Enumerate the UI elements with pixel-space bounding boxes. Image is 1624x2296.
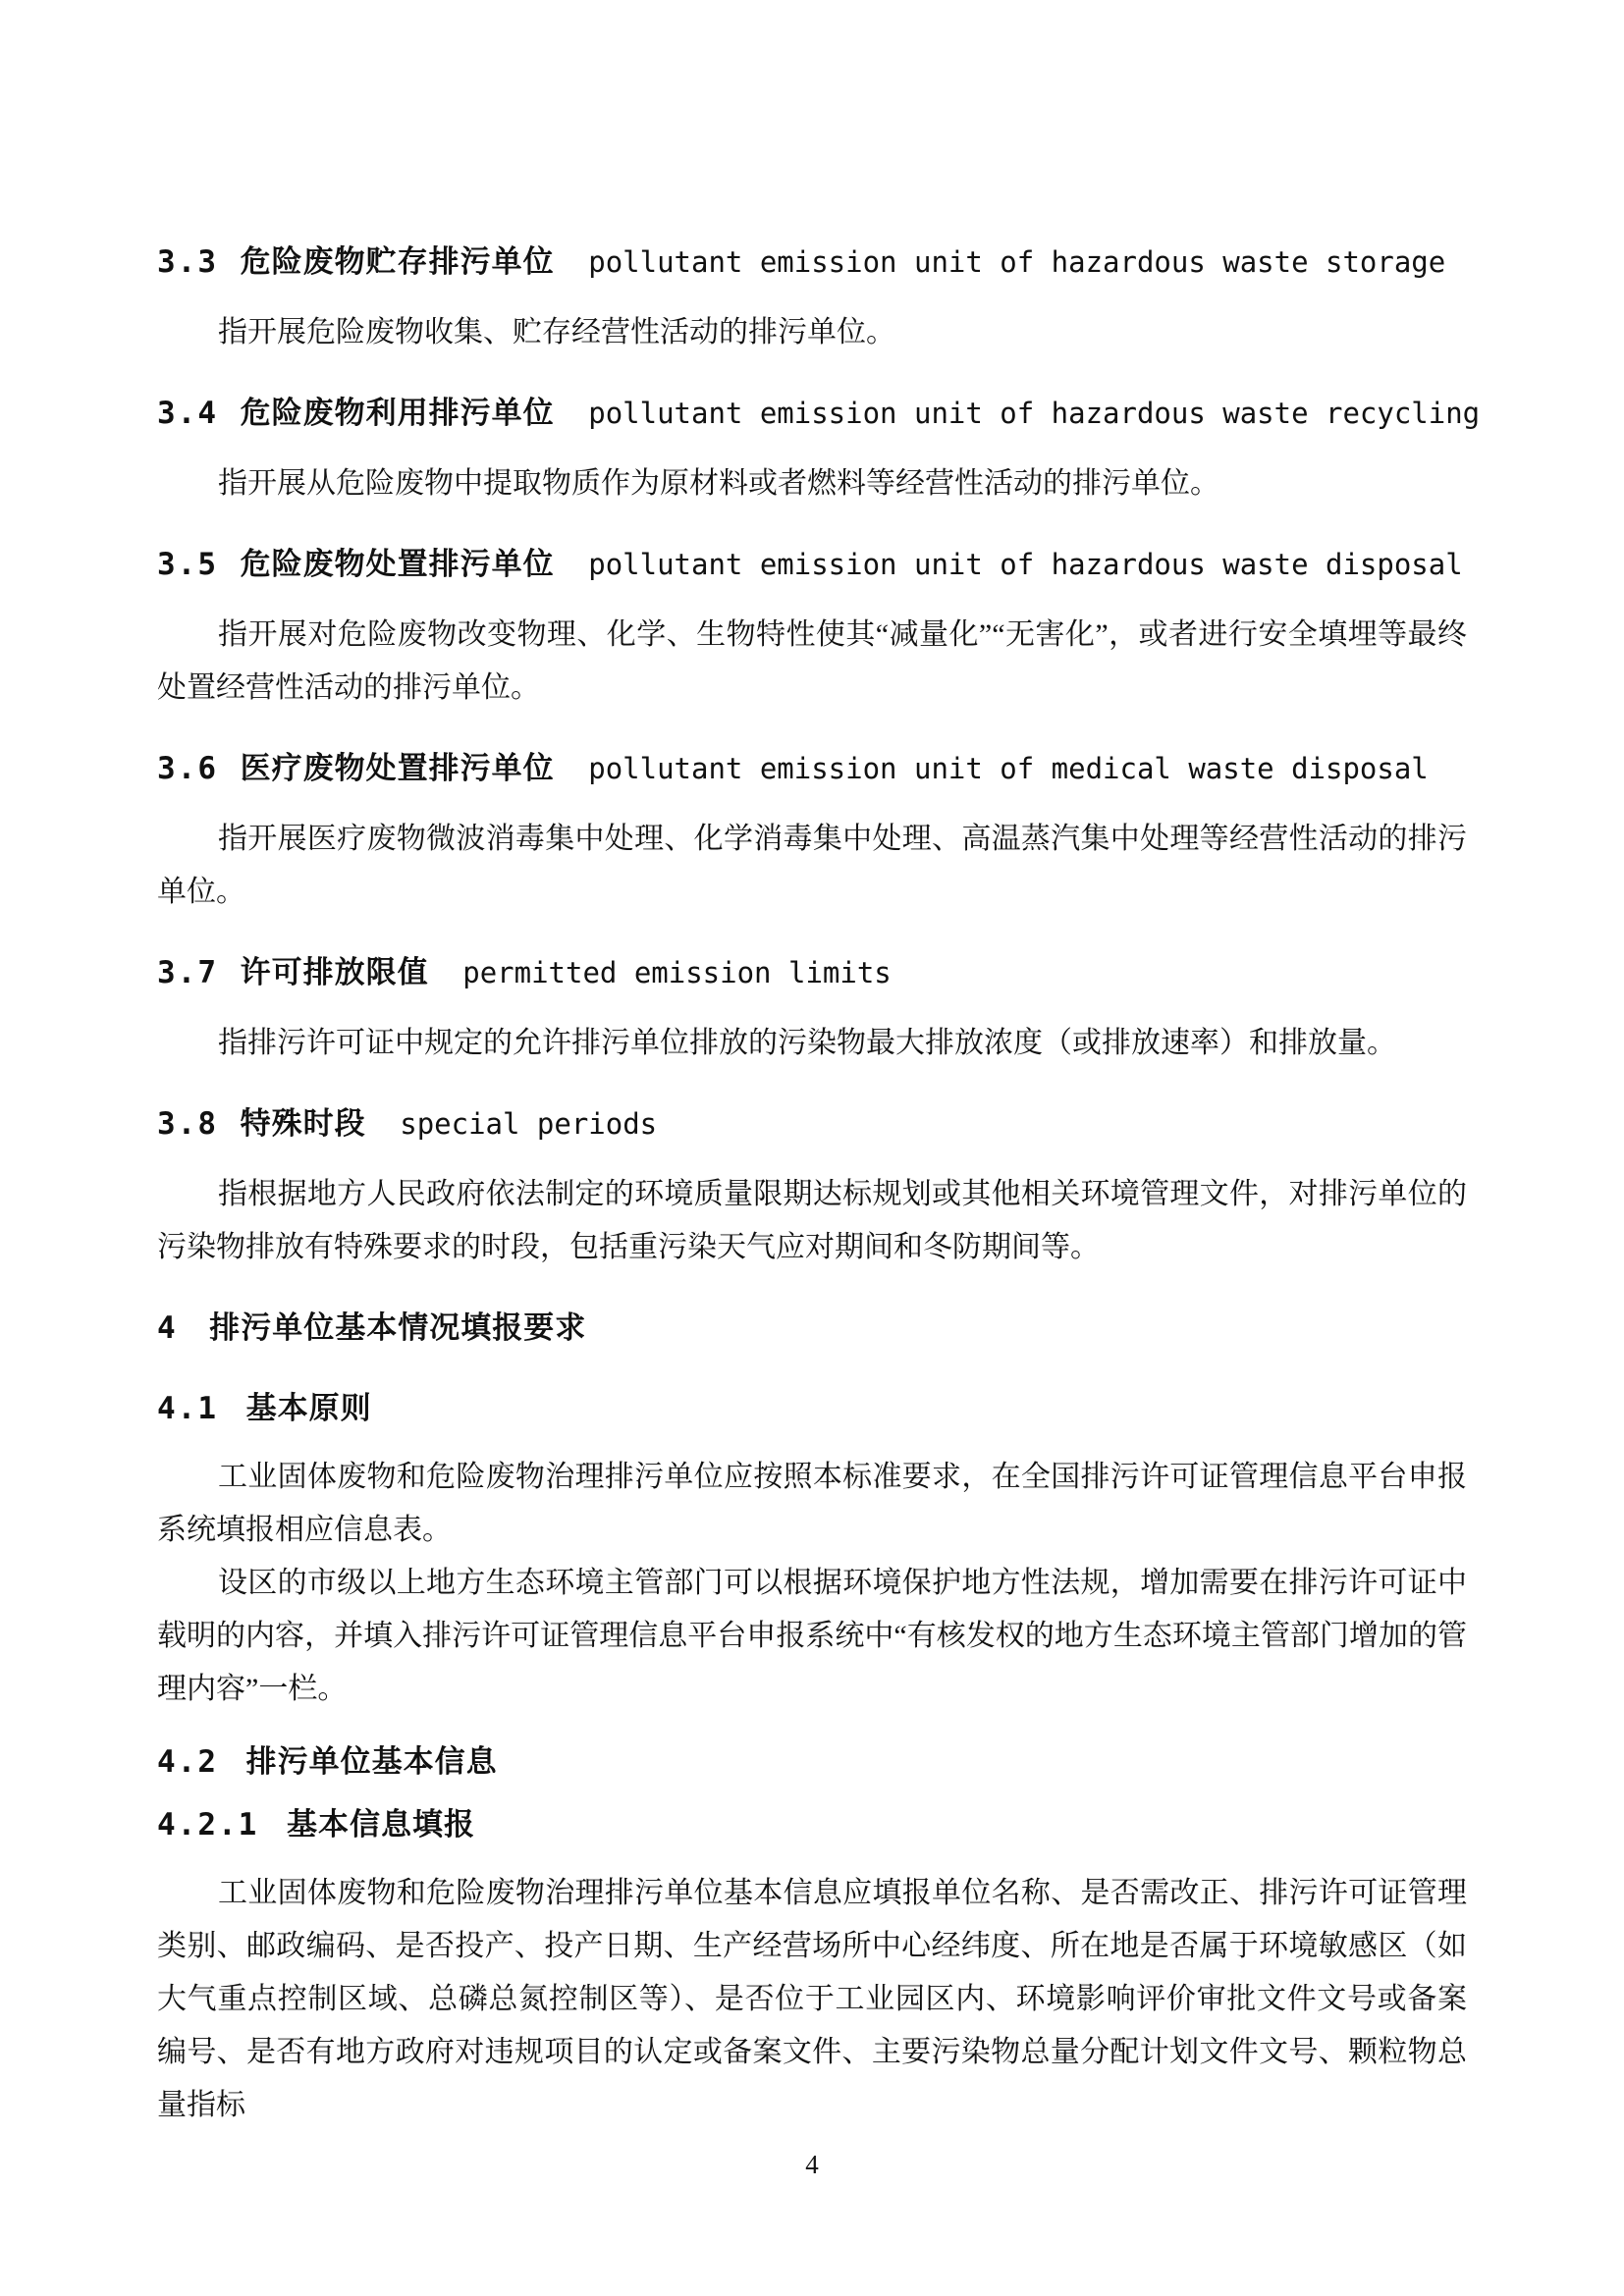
term-number: 3.5: [157, 547, 218, 582]
term-heading-3-3: 3.3 危险废物贮存排污单位 pollutant emission unit o…: [157, 241, 1467, 283]
term-chinese: 危险废物处置排污单位: [241, 547, 555, 581]
paragraph-4-1-a: 工业固体废物和危险废物治理排污单位应按照本标准要求，在全国排污许可证管理信息平台…: [157, 1451, 1467, 1557]
page-content: 3.3 危险废物贮存排污单位 pollutant emission unit o…: [157, 241, 1467, 2132]
term-english: pollutant emission unit of hazardous was…: [588, 548, 1462, 581]
term-definition-3-6: 指开展医疗废物微波消毒集中处理、化学消毒集中处理、高温蒸汽集中处理等经营性活动的…: [157, 813, 1467, 919]
term-definition-3-5: 指开展对危险废物改变物理、化学、生物特性使其“减量化”“无害化”，或者进行安全填…: [157, 609, 1467, 715]
paragraph-4-2-1: 工业固体废物和危险废物治理排污单位基本信息应填报单位名称、是否需改正、排污许可证…: [157, 1867, 1467, 2132]
term-english: pollutant emission unit of hazardous was…: [588, 397, 1480, 430]
term-english: permitted emission limits: [462, 956, 892, 989]
paragraph-4-1-b: 设区的市级以上地方生态环境主管部门可以根据环境保护地方性法规，增加需要在排污许可…: [157, 1557, 1467, 1716]
term-chinese: 危险废物贮存排污单位: [241, 244, 555, 279]
subsection-number: 4.2.1: [157, 1807, 258, 1842]
section-number: 4.2: [157, 1744, 218, 1780]
section-title: 基本原则: [246, 1391, 372, 1425]
term-number: 3.4: [157, 396, 218, 431]
section-heading-4-2: 4.2 排污单位基本信息: [157, 1741, 1467, 1783]
term-chinese: 医疗废物处置排污单位: [241, 751, 555, 785]
document-page: 3.3 危险废物贮存排污单位 pollutant emission unit o…: [0, 0, 1624, 2296]
subsection-title: 基本信息填报: [287, 1807, 475, 1842]
term-definition-3-8: 指根据地方人民政府依法制定的环境质量限期达标规划或其他相关环境管理文件，对排污单…: [157, 1168, 1467, 1274]
section-title: 排污单位基本信息: [246, 1744, 498, 1779]
term-definition-3-4: 指开展从危险废物中提取物质作为原材料或者燃料等经营性活动的排污单位。: [157, 457, 1467, 510]
term-heading-3-4: 3.4 危险废物利用排污单位 pollutant emission unit o…: [157, 393, 1467, 434]
term-number: 3.6: [157, 751, 218, 786]
term-number: 3.7: [157, 955, 218, 990]
term-english: pollutant emission unit of medical waste…: [588, 752, 1429, 785]
term-english: special periods: [400, 1107, 657, 1141]
section-number: 4.1: [157, 1391, 218, 1426]
term-definition-3-7: 指排污许可证中规定的允许排污单位排放的污染物最大排放浓度（或排放速率）和排放量。: [157, 1017, 1467, 1070]
section-heading-4-1: 4.1 基本原则: [157, 1388, 1467, 1429]
term-chinese: 危险废物利用排污单位: [241, 396, 555, 430]
term-english: pollutant emission unit of hazardous was…: [588, 245, 1445, 279]
chapter-heading-4: 4 排污单位基本情况填报要求: [157, 1308, 1467, 1349]
term-heading-3-6: 3.6 医疗废物处置排污单位 pollutant emission unit o…: [157, 748, 1467, 789]
term-heading-3-7: 3.7 许可排放限值 permitted emission limits: [157, 952, 1467, 993]
term-heading-3-8: 3.8 特殊时段 special periods: [157, 1103, 1467, 1145]
chapter-number: 4: [157, 1310, 178, 1346]
term-number: 3.8: [157, 1106, 218, 1142]
term-heading-3-5: 3.5 危险废物处置排污单位 pollutant emission unit o…: [157, 544, 1467, 585]
term-number: 3.3: [157, 244, 218, 280]
term-chinese: 特殊时段: [241, 1106, 366, 1141]
subsection-heading-4-2-1: 4.2.1 基本信息填报: [157, 1804, 1467, 1845]
term-chinese: 许可排放限值: [241, 955, 429, 989]
chapter-title: 排污单位基本情况填报要求: [209, 1310, 586, 1345]
term-definition-3-3: 指开展危险废物收集、贮存经营性活动的排污单位。: [157, 306, 1467, 359]
page-number: 4: [0, 2150, 1624, 2180]
